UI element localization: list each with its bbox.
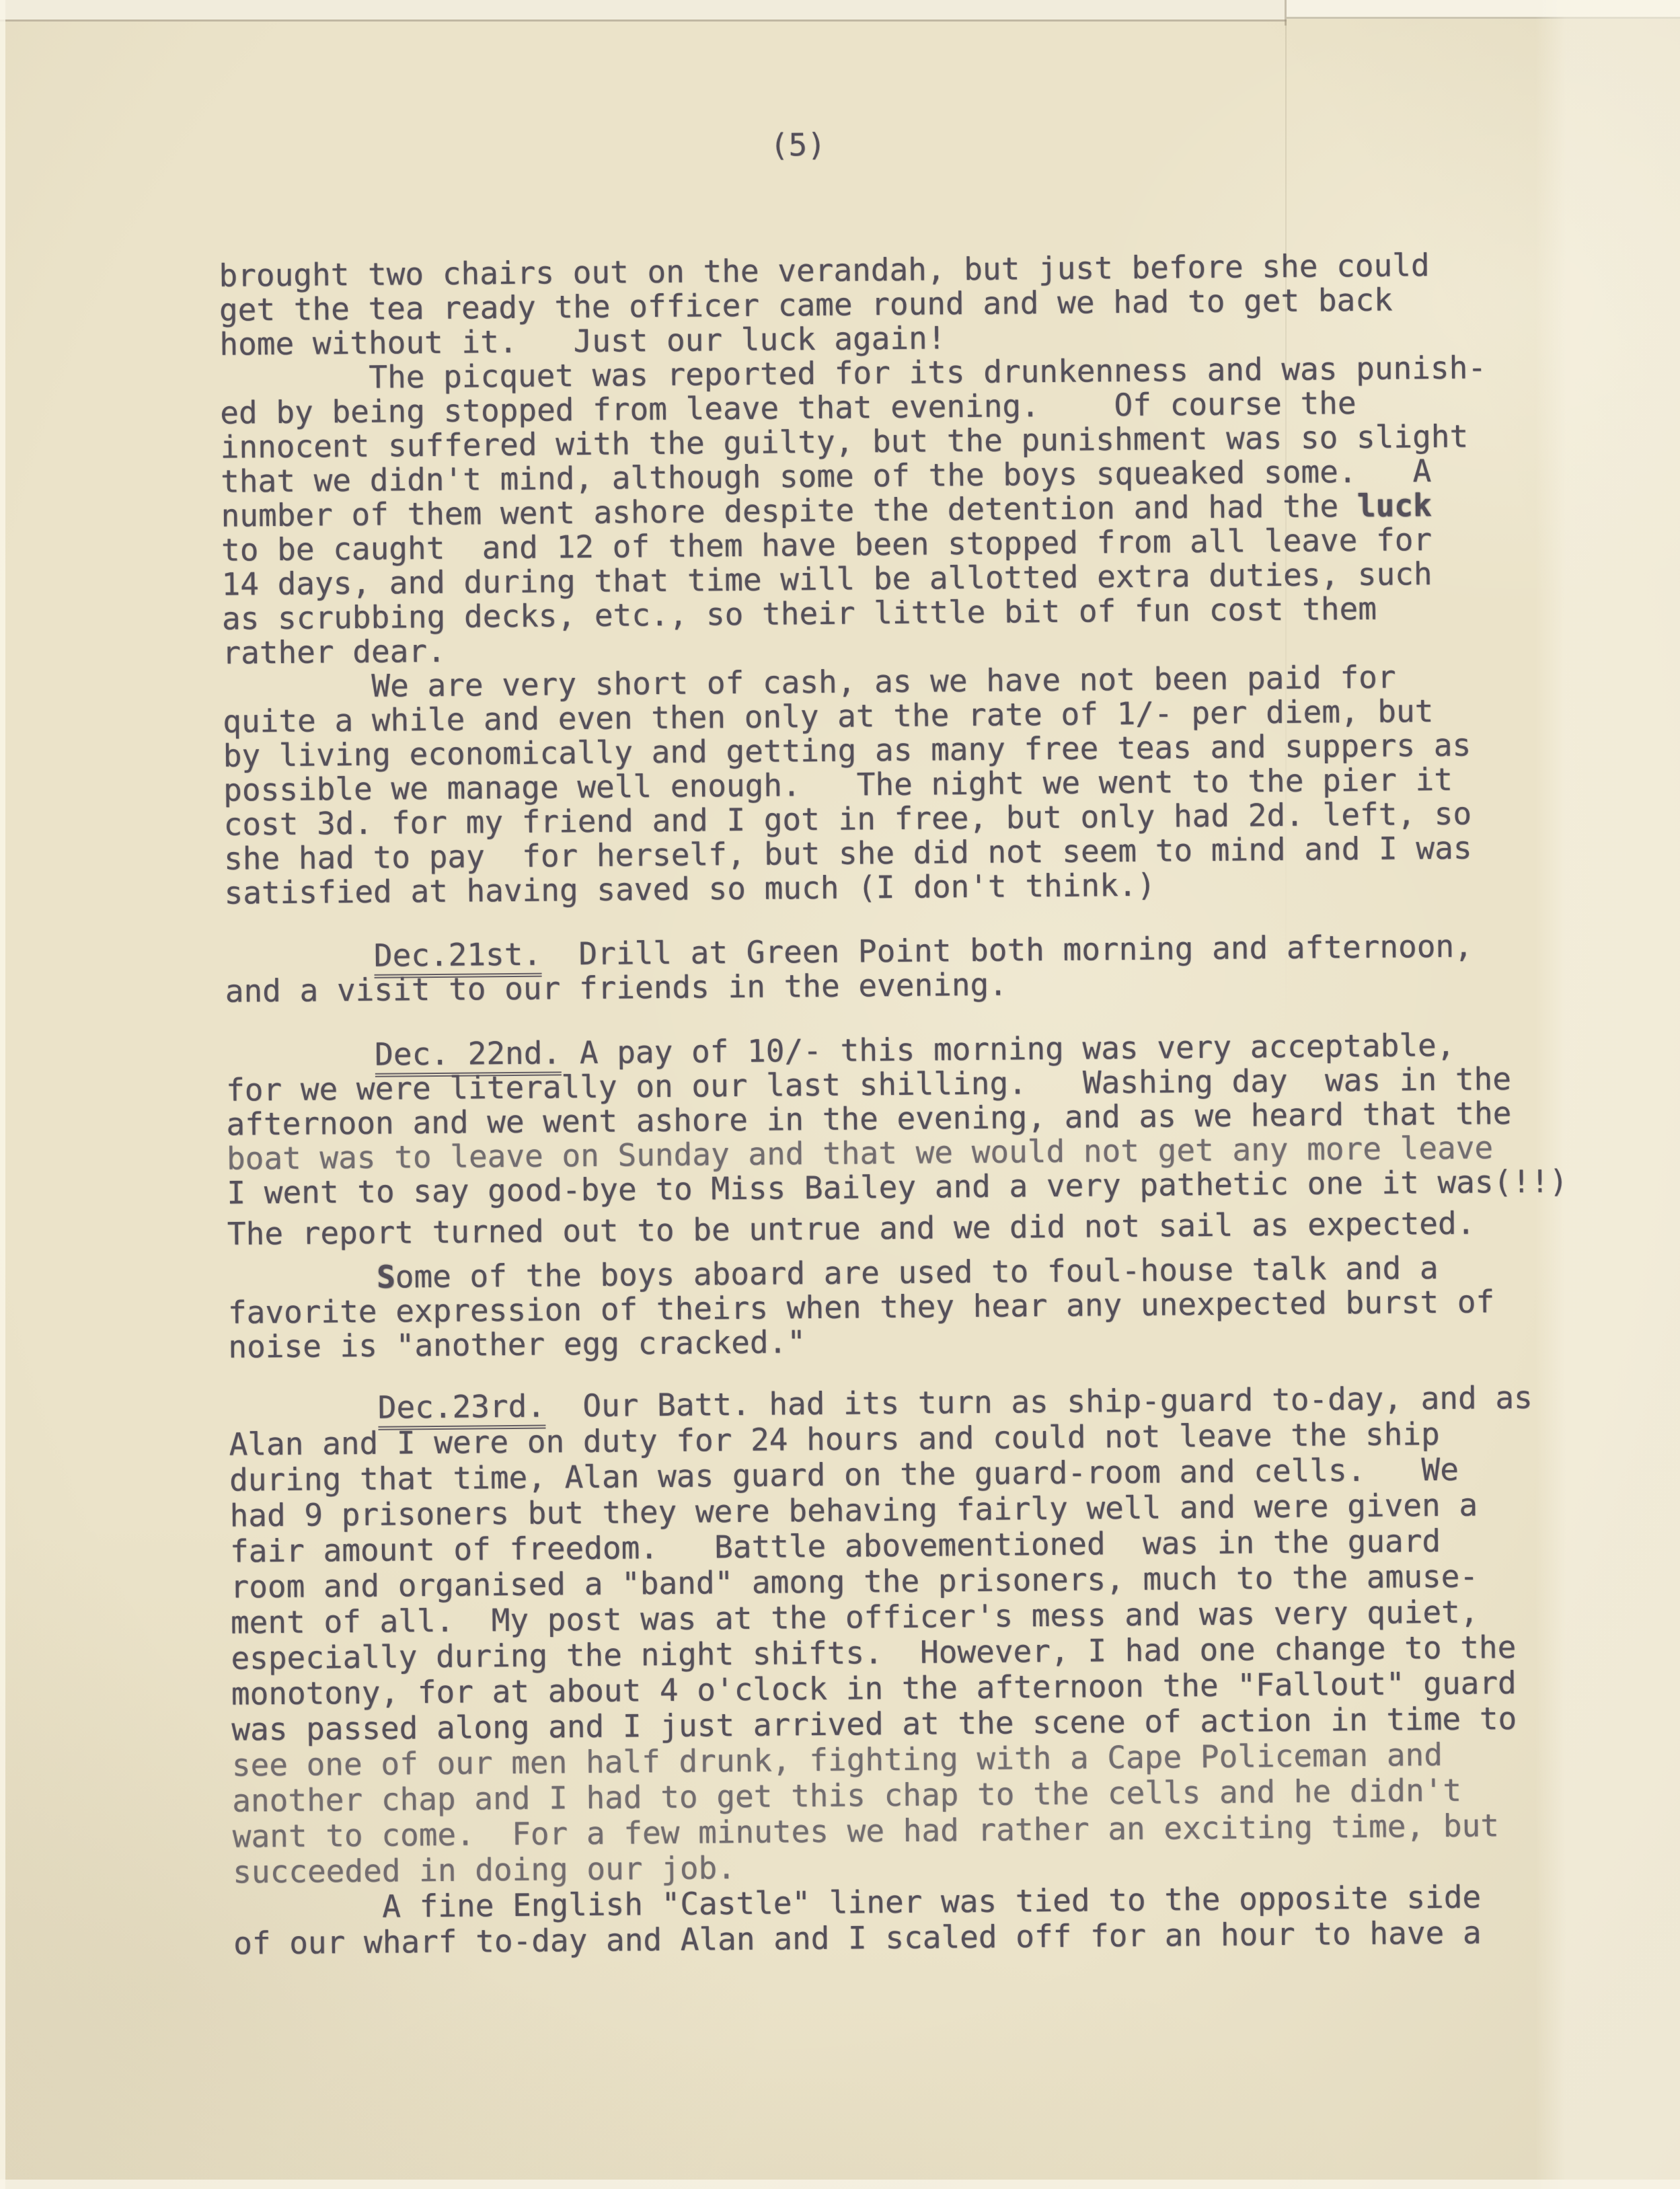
text-segment — [227, 1259, 377, 1297]
typewritten-text: brought two chairs out on the verandah, … — [219, 247, 1574, 1961]
text-segment: luck — [1357, 487, 1432, 524]
text-segment: succeeded in doing our job. — [233, 1849, 736, 1890]
text-segment: rather dear. — [222, 633, 446, 671]
paragraph: Dec. 22nd. A pay of 10/- this morning wa… — [225, 1027, 1568, 1251]
paragraph: Dec.23rd. Our Batt. had its turn as ship… — [229, 1379, 1574, 1961]
paragraph: The picquet was reported for its drunken… — [220, 350, 1564, 670]
page-number: (5) — [770, 126, 827, 163]
text-segment — [229, 1389, 378, 1427]
typewritten-page: (5) brought two chairs out on the verand… — [0, 0, 1680, 2189]
paragraph: Dec.21st. Drill at Green Point both morn… — [225, 928, 1566, 1008]
paragraph: brought two chairs out on the verandah, … — [219, 247, 1560, 361]
paragraph: Some of the boys aboard are used to foul… — [227, 1250, 1569, 1364]
text-segment: The report turned out to be untrue and w… — [227, 1204, 1476, 1252]
text-segment: satisfied at having saved so much (I don… — [224, 867, 1155, 911]
text-segment: noise is "another egg cracked." — [228, 1323, 806, 1365]
text-segment — [225, 1036, 375, 1074]
text-segment: and a visit to our friends in the evenin… — [225, 966, 1008, 1009]
text-segment — [225, 937, 374, 975]
text-line: The report turned out to be untrue and w… — [227, 1205, 1568, 1251]
paragraph: We are very short of cash, as we have no… — [223, 658, 1566, 910]
text-segment: S — [377, 1259, 395, 1295]
